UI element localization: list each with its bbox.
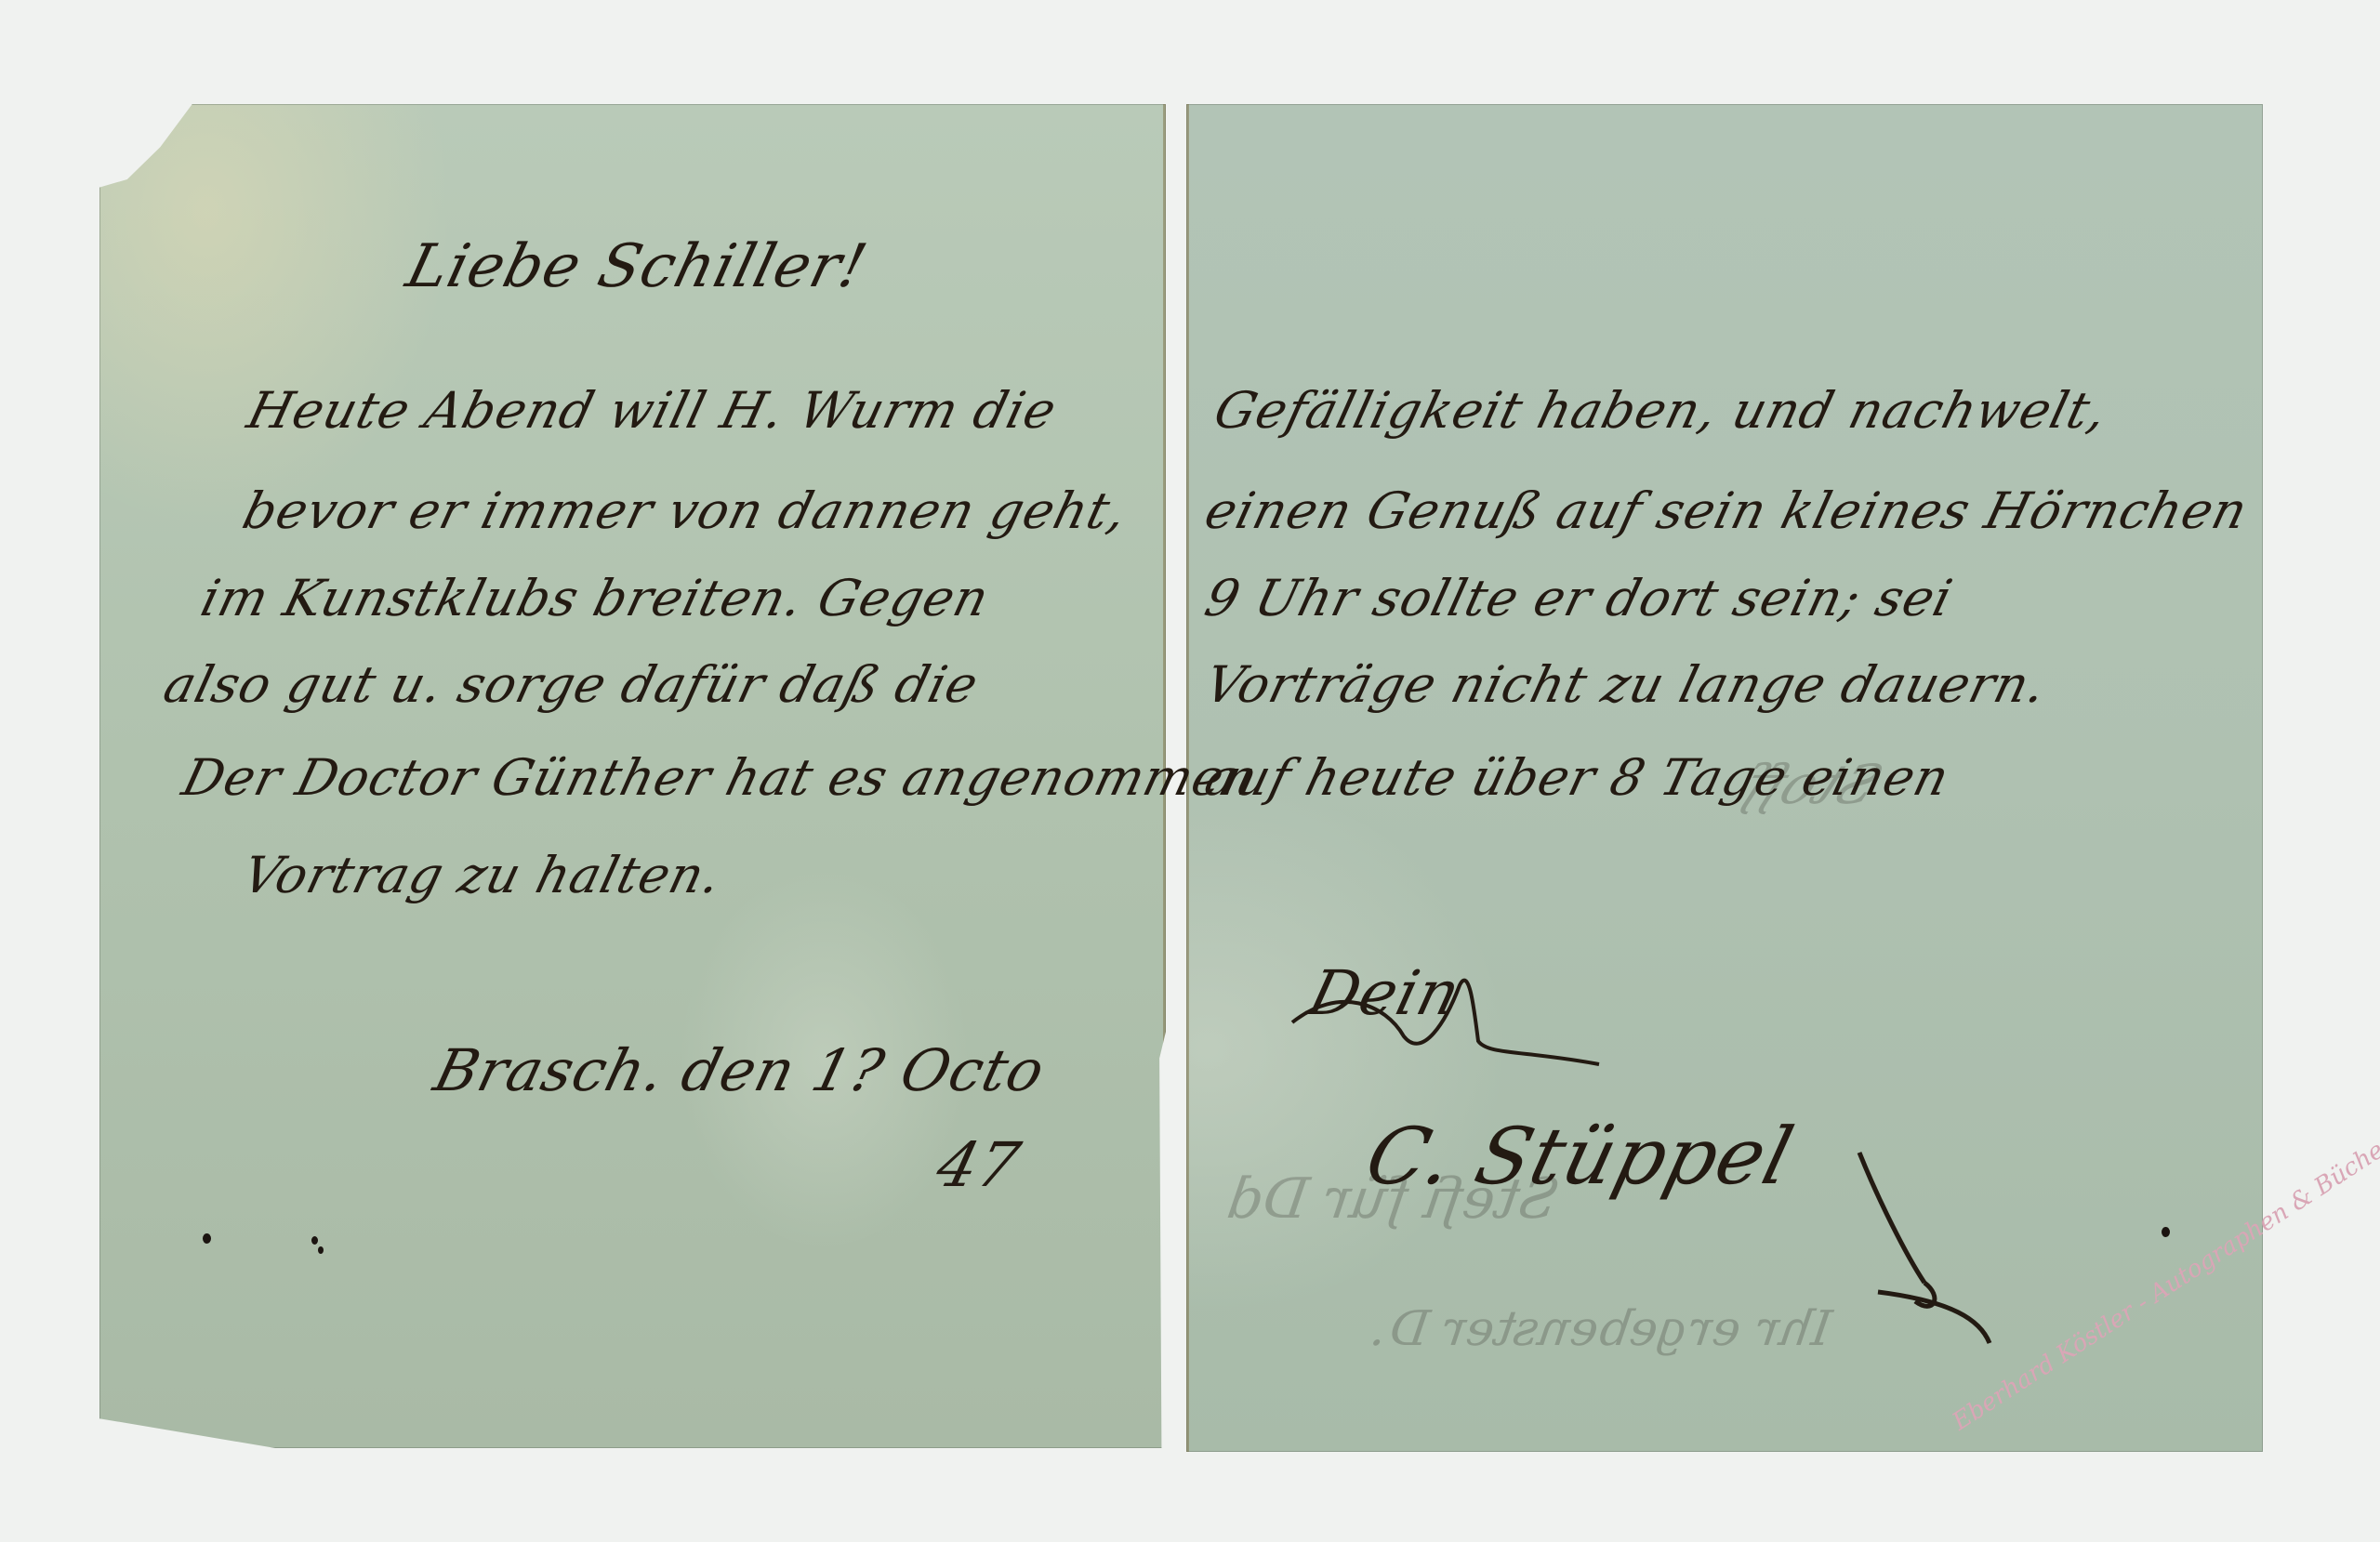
letter-line-1-right: Gefälligkeit haben, und nachwelt, (1209, 381, 2113, 440)
letter-line-4-right: Vorträge nicht zu lange dauern. (1199, 655, 2053, 714)
letter-line-4-left: also gut u. sorge dafür daß die (158, 655, 985, 714)
closing-flourish-icon (1283, 967, 1618, 1069)
letter-line-5-left: Der Doctor Günther hat es angenommen (177, 748, 1264, 807)
letter-line-2-right: einen Genuß auf sein kleines Hörnchen (1199, 481, 2254, 540)
letter-line-3-left: im Kunstklubs breiten. Gegen (195, 569, 995, 627)
letter-line-1-left: Heute Abend will H. Wurm die (242, 381, 1063, 440)
letter-line-3-right: 9 Uhr sollte er dort sein; sei (1199, 569, 1959, 627)
bleedthrough-line-2: Ihr ergebenster D. (1361, 1301, 1845, 1357)
letter-line-6-left: Vortrag zu halten. (237, 846, 728, 904)
ink-dot (2162, 1227, 2170, 1237)
ink-dot (318, 1246, 324, 1254)
letter-line-2-left: bevor er immer von dannen geht, (237, 481, 1133, 540)
letter-salutation: Liebe Schiller! (400, 232, 874, 301)
letter-date-place: Brasch. den 1? Octo (428, 1036, 1051, 1104)
signature-flourish-icon (1841, 1143, 2073, 1348)
ink-dot (203, 1233, 211, 1244)
letter-line-5-right: auf heute über 8 Tage einen (1199, 748, 1955, 807)
letter-signature: C. Stüppel (1357, 1111, 1803, 1202)
ink-dot (311, 1236, 318, 1245)
